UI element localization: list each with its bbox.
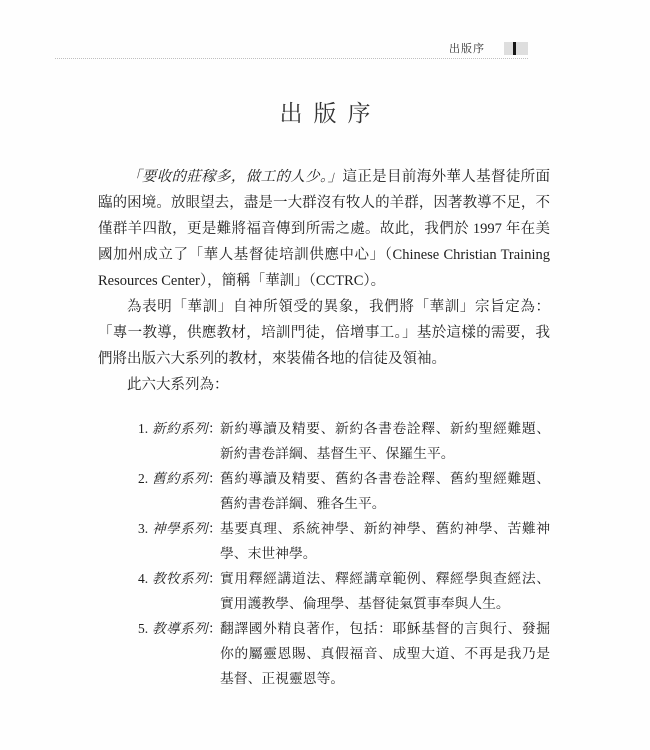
series-item-4: 4.教牧系列：實用釋經講道法、釋經講章範例、釋經學與查經法、實用護教學、倫理學、… [98,566,550,616]
series-item-2-number: 2. [138,466,148,491]
series-item-1-colon: ： [208,421,222,436]
paragraph-1: 「要收的莊稼多，做工的人少。」這正是目前海外華人基督徒所面臨的困境。放眼望去，盡… [98,164,550,294]
series-item-1-name: 新約系列 [152,421,208,436]
series-item-1-content: 新約導讀及精要、新約各書卷詮釋、新約聖經難題、新約書卷詳綱、基督生平、保羅生平。 [220,421,550,461]
series-list: 1.新約系列：新約導讀及精要、新約各書卷詮釋、新約聖經難題、新約書卷詳綱、基督生… [98,416,550,691]
series-item-4-colon: ： [208,571,222,586]
series-item-5-number: 5. [138,616,148,641]
page-marker [504,42,528,55]
series-item-2-content: 舊約導讀及精要、舊約各書卷詮釋、舊約聖經難題、舊約書卷詳綱、雅各生平。 [220,471,550,511]
paragraph-2: 為表明「華訓」自神所領受的異象，我們將「華訓」宗旨定為：「專一教導，供應教材，培… [98,294,550,372]
running-header-title: 出版序 [449,40,485,56]
series-item-5-content: 翻譯國外精良著作，包括：耶穌基督的言與行、發掘你的屬靈恩賜、真假福音、成聖大道、… [220,621,550,686]
book-page: 出版序 出版序 「要收的莊稼多，做工的人少。」這正是目前海外華人基督徒所面臨的困… [0,0,650,750]
series-item-4-name: 教牧系列 [152,571,208,586]
series-item-5-label: 5.教導系列： [138,616,222,641]
series-item-3-number: 3. [138,516,148,541]
running-header: 出版序 [55,38,528,59]
series-item-2-name: 舊約系列 [152,471,208,486]
paragraph-1-text: 這正是目前海外華人基督徒所面臨的困境。放眼望去，盡是一大群沒有牧人的羊群，因著教… [98,169,550,289]
series-item-1: 1.新約系列：新約導讀及精要、新約各書卷詮釋、新約聖經難題、新約書卷詳綱、基督生… [98,416,550,466]
series-item-5: 5.教導系列：翻譯國外精良著作，包括：耶穌基督的言與行、發掘你的屬靈恩賜、真假福… [98,616,550,691]
series-item-4-label: 4.教牧系列： [138,566,222,591]
series-item-4-number: 4. [138,566,148,591]
series-item-5-colon: ： [208,621,222,636]
series-item-2-label: 2.舊約系列： [138,466,222,491]
series-item-1-label: 1.新約系列： [138,416,222,441]
series-item-3-label: 3.神學系列： [138,516,222,541]
page-title: 出版序 [0,95,650,128]
series-item-5-name: 教導系列 [152,621,208,636]
series-item-2-colon: ： [208,471,222,486]
series-item-3-content: 基要真理、系統神學、新約神學、舊約神學、苦難神學、末世神學。 [220,521,550,561]
series-item-3-name: 神學系列 [152,521,208,536]
page-marker-bar-icon [513,42,516,55]
series-item-1-number: 1. [138,416,148,441]
series-item-3: 3.神學系列：基要真理、系統神學、新約神學、舊約神學、苦難神學、末世神學。 [98,516,550,566]
paragraph-3-lead-in: 此六大系列為： [98,372,550,398]
series-item-2: 2.舊約系列：舊約導讀及精要、舊約各書卷詮釋、舊約聖經難題、舊約書卷詳綱、雅各生… [98,466,550,516]
series-item-4-content: 實用釋經講道法、釋經講章範例、釋經學與查經法、實用護教學、倫理學、基督徒氣質事奉… [220,571,550,611]
preface-content: 「要收的莊稼多，做工的人少。」這正是目前海外華人基督徒所面臨的困境。放眼望去，盡… [98,164,550,691]
scripture-quote: 「要收的莊稼多，做工的人少。」 [127,169,342,185]
series-item-3-colon: ： [208,521,222,536]
